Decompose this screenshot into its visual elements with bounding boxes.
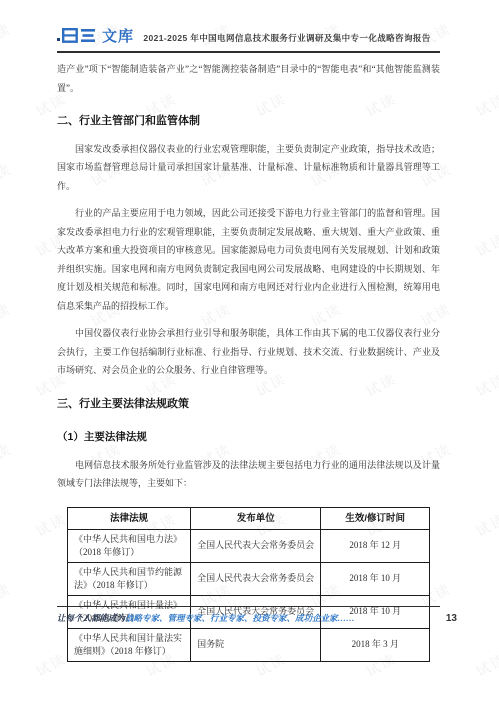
logo-wordmark: 文库: [102, 25, 134, 46]
page-number: 13: [446, 613, 457, 624]
table-row: 《中华人民共和国节约能源法》（2018 年修订）全国人民代表大会常务委员会201…: [68, 562, 430, 595]
table-row: 《中华人民共和国电力法》（2018 年修订）全国人民代表大会常务委员会2018 …: [68, 529, 430, 562]
law-table: 法律法规发布单位生效/修订时间 《中华人民共和国电力法》（2018 年修订）全国…: [67, 507, 430, 662]
table-cell: 2018 年 12 月: [321, 529, 430, 562]
table-cell: 《中华人民共和国电力法》（2018 年修订）: [68, 529, 191, 562]
document-page: 试读试读试读试读试读试读试读试读试读试读试读试读试读试读试读试读试读试读试读试读…: [0, 0, 499, 706]
paragraph: 国家发改委承担仪器仪表业的行业宏观管理职能，主要负责制定产业政策，指导技术改造；…: [57, 140, 440, 196]
brand-logo: 文库: [57, 25, 134, 46]
table-cell: 全国人民代表大会常务委员会: [191, 529, 321, 562]
table-cell: 2018 年 3 月: [321, 628, 430, 661]
table-cell: 《中华人民共和国节约能源法》（2018 年修订）: [68, 562, 191, 595]
subsection-heading-1: （1）主要法律法规: [57, 428, 440, 447]
table-cell: 全国人民代表大会常务委员会: [191, 562, 321, 595]
table-cell: 《中华人民共和国计量法实施细则》（2018 年修订）: [68, 628, 191, 661]
document-body: 造产业”项下“智能制造装备产业”之“智能测控装备制造”目录中的“智能电表”和“其…: [57, 60, 440, 662]
footer-slogan-prefix: 让每个人都能成为: [57, 613, 125, 623]
page-footer: 让每个人都能成为战略专家、管理专家、行业专家、投资专家、成功企业家…… 13: [57, 606, 457, 624]
footer-slogan: 让每个人都能成为战略专家、管理专家、行业专家、投资专家、成功企业家……: [57, 612, 355, 624]
table-header-cell: 发布单位: [191, 507, 321, 529]
table-cell: 国务院: [191, 628, 321, 661]
report-title: 2021-2025 年中国电网信息技术服务行业调研及集中专一化战略咨询报告: [134, 32, 440, 46]
footer-slogan-highlight: 战略专家、管理专家、行业专家、投资专家、成功企业家……: [125, 613, 355, 623]
section-heading-2: 二、行业主管部门和监管体制: [57, 112, 440, 131]
section-heading-3: 三、行业主要法律法规政策: [57, 395, 440, 414]
paragraph: 行业的产品主要应用于电力领域，因此公司还接受下游电力行业主管部门的监督和管理。国…: [57, 204, 440, 315]
table-header-row: 法律法规发布单位生效/修订时间: [68, 507, 430, 529]
table-header-cell: 法律法规: [68, 507, 191, 529]
page-header: 文库 2021-2025 年中国电网信息技术服务行业调研及集中专一化战略咨询报告: [57, 0, 440, 53]
paragraph-continuation: 造产业”项下“智能制造装备产业”之“智能测控装备制造”目录中的“智能电表”和“其…: [57, 60, 440, 97]
table-cell: 2018 年 10 月: [321, 562, 430, 595]
paragraph: 电网信息技术服务所处行业监管涉及的法律法规主要包括电力行业的通用法律法规以及计量…: [57, 456, 440, 493]
table-row: 《中华人民共和国计量法实施细则》（2018 年修订）国务院2018 年 3 月: [68, 628, 430, 661]
table-header-cell: 生效/修订时间: [321, 507, 430, 529]
paragraph: 中国仪器仪表行业协会承担行业引导和服务职能，具体工作由其下属的电工仪器仪表行业分…: [57, 324, 440, 380]
logo-mark-icon: [57, 28, 97, 44]
